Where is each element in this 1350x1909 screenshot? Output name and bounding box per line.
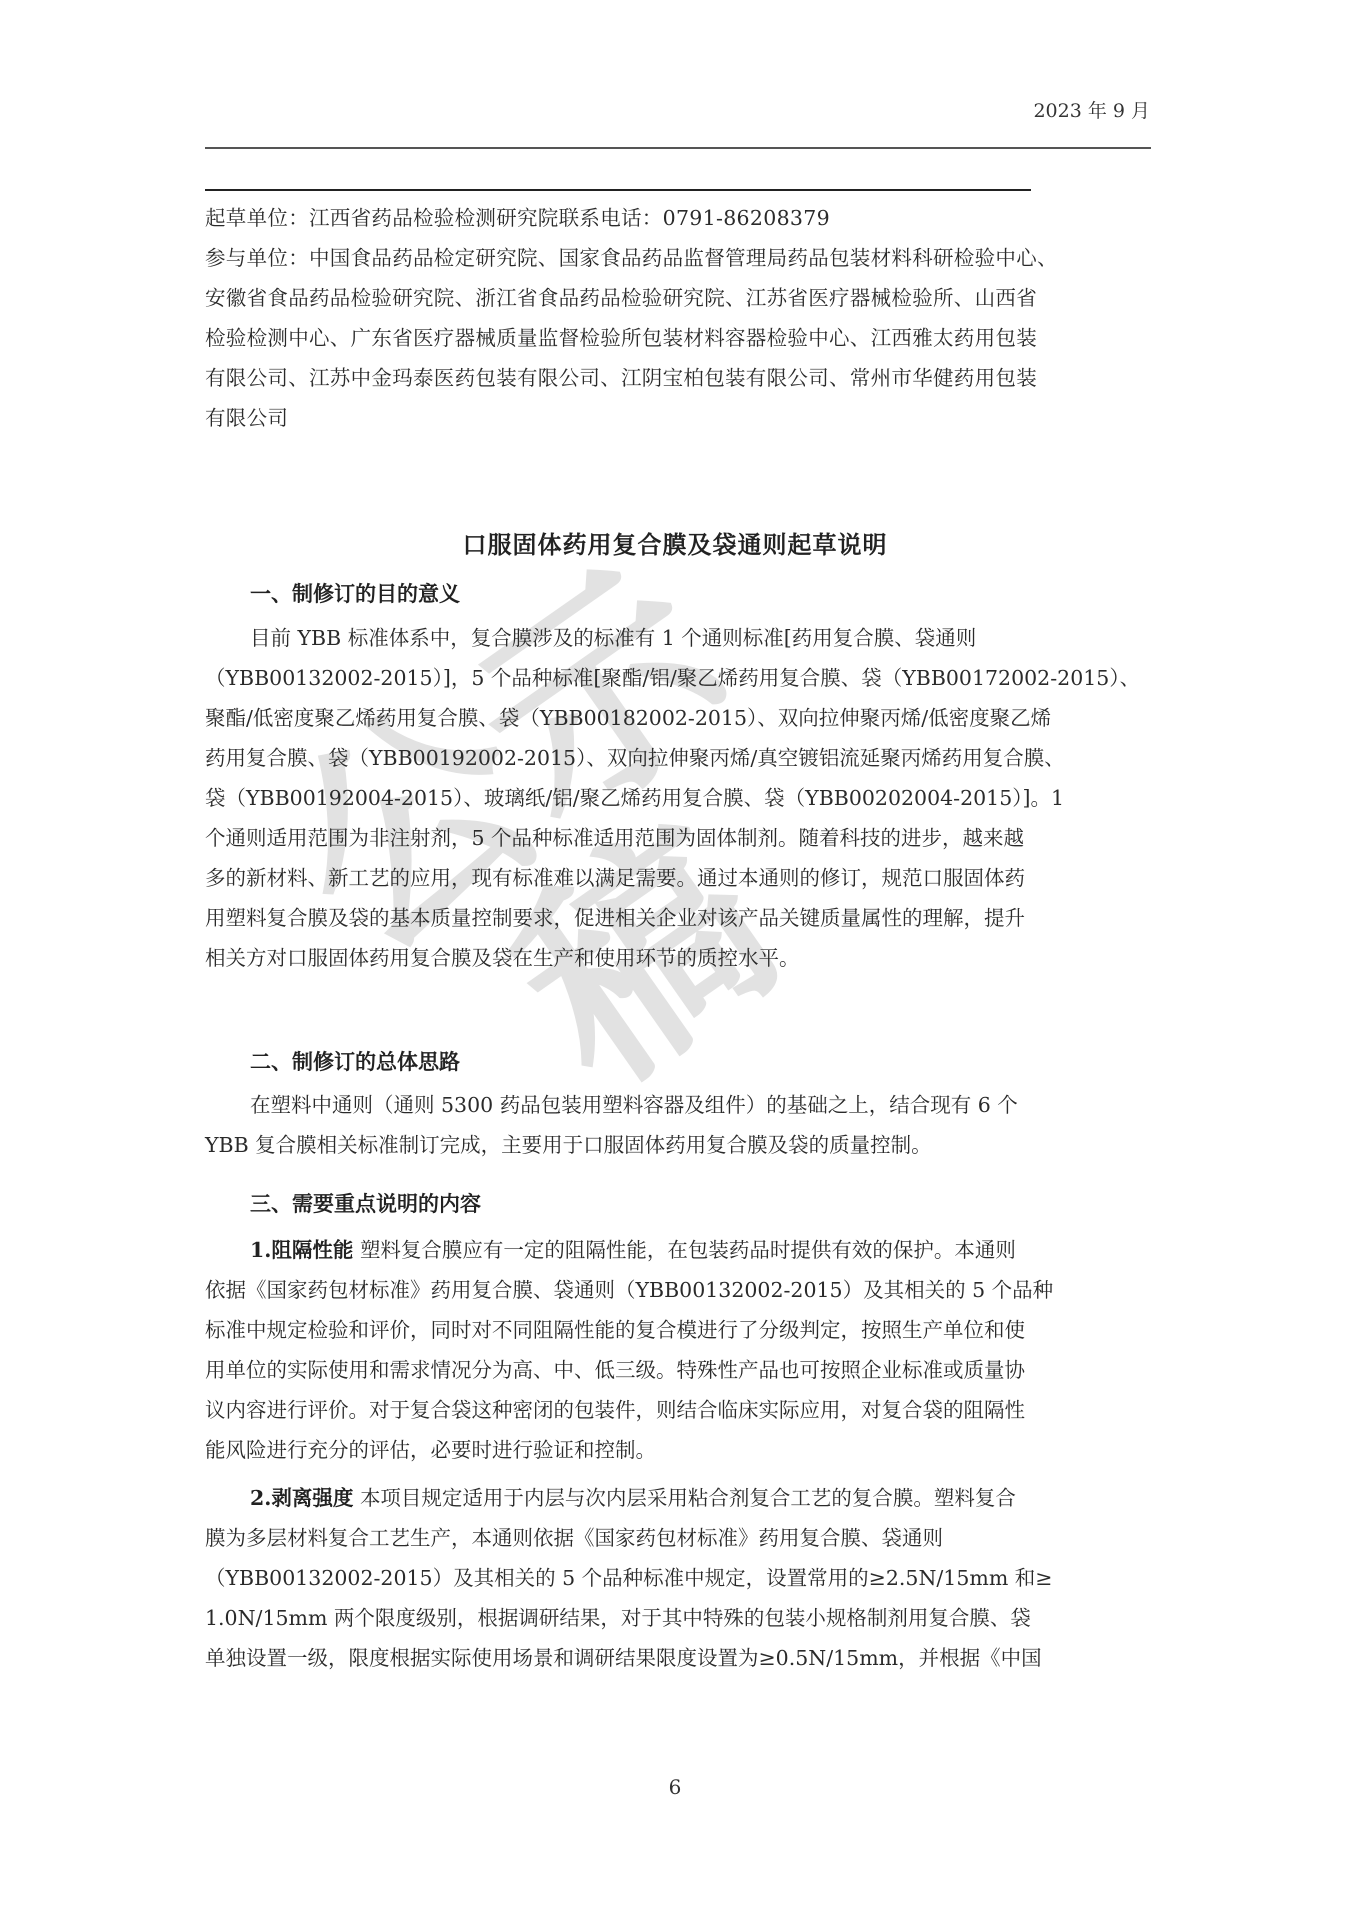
text-line: 能风险进行充分的评估，必要时进行验证和控制。 [205,1430,1155,1470]
text-line: 依据《国家药包材标准》药用复合膜、袋通则（YBB00132002-2015）及其… [205,1270,1155,1310]
text-line: YBB 复合膜相关标准制订完成，主要用于口服固体药用复合膜及袋的质量控制。 [205,1125,1155,1165]
drafting-unit: 起草单位：江西省药品检验检测研究院联系电话：0791-86208379 [205,198,1155,238]
header-rule [205,147,1151,149]
participants-line: 参与单位：中国食品药品检定研究院、国家食品药品监督管理局药品包装材料科研检验中心… [205,238,1155,278]
text-line: 标准中规定检验和评价，同时对不同阻隔性能的复合模进行了分级判定，按照生产单位和使 [205,1310,1155,1350]
text-line: 用单位的实际使用和需求情况分为高、中、低三级。特殊性产品也可按照企业标准或质量协 [205,1350,1155,1390]
text-line: 相关方对口服固体药用复合膜及袋在生产和使用环节的质控水平。 [205,938,1155,978]
document-page: 公示稿 2023 年 9 月 起草单位：江西省药品检验检测研究院联系电话：079… [0,0,1350,1909]
item-label: 1.阻隔性能 [250,1238,353,1262]
text-line: 单独设置一级，限度根据实际使用场景和调研结果限度设置为≥0.5N/15mm，并根… [205,1638,1155,1678]
text-line: 用塑料复合膜及袋的基本质量控制要求，促进相关企业对该产品关键质量属性的理解，提升 [205,898,1155,938]
text-line: 多的新材料、新工艺的应用，现有标准难以满足需要。通过本通则的修订，规范口服固体药 [205,858,1155,898]
section-3-item-2: 2.剥离强度 本项目规定适用于内层与次内层采用粘合剂复合工艺的复合膜。塑料复合 … [205,1478,1155,1678]
drafting-info: 起草单位：江西省药品检验检测研究院联系电话：0791-86208379 参与单位… [205,198,1155,438]
text-line: 议内容进行评价。对于复合袋这种密闭的包装件，则结合临床实际应用，对复合袋的阻隔性 [205,1390,1155,1430]
item-label: 2.剥离强度 [250,1486,353,1510]
text-line: 目前 YBB 标准体系中，复合膜涉及的标准有 1 个通则标准[药用复合膜、袋通则 [205,618,1155,658]
section-2-body: 在塑料中通则（通则 5300 药品包装用塑料容器及组件）的基础之上，结合现有 6… [205,1085,1155,1165]
text-line: 1.0N/15mm 两个限度级别，根据调研结果，对于其中特殊的包装小规格制剂用复… [205,1598,1155,1638]
document-date: 2023 年 9 月 [1033,96,1150,123]
participants-line: 安徽省食品药品检验研究院、浙江省食品药品检验研究院、江苏省医疗器械检验所、山西省 [205,278,1155,318]
text-line: 2.剥离强度 本项目规定适用于内层与次内层采用粘合剂复合工艺的复合膜。塑料复合 [205,1478,1155,1518]
header-rule-secondary [205,189,1031,191]
text-line: 个通则适用范围为非注射剂，5 个品种标准适用范围为固体制剂。随着科技的进步，越来… [205,818,1155,858]
text-line: （YBB00132002-2015）]，5 个品种标准[聚酯/铝/聚乙烯药用复合… [205,658,1155,698]
text-line: 在塑料中通则（通则 5300 药品包装用塑料容器及组件）的基础之上，结合现有 6… [205,1085,1155,1125]
participants-line: 有限公司、江苏中金玛泰医药包装有限公司、江阴宝柏包装有限公司、常州市华健药用包装 [205,358,1155,398]
text-line: 药用复合膜、袋（YBB00192002-2015）、双向拉伸聚丙烯/真空镀铝流延… [205,738,1155,778]
text-line: 聚酯/低密度聚乙烯药用复合膜、袋（YBB00182002-2015）、双向拉伸聚… [205,698,1155,738]
text-line: 1.阻隔性能 塑料复合膜应有一定的阻隔性能，在包装药品时提供有效的保护。本通则 [205,1230,1155,1270]
item-text: 塑料复合膜应有一定的阻隔性能，在包装药品时提供有效的保护。本通则 [360,1238,1016,1262]
participants-line: 检验检测中心、广东省医疗器械质量监督检验所包装材料容器检验中心、江西雅太药用包装 [205,318,1155,358]
document-title: 口服固体药用复合膜及袋通则起草说明 [0,525,1350,560]
text-line: （YBB00132002-2015）及其相关的 5 个品种标准中规定，设置常用的… [205,1558,1155,1598]
section-heading-3: 三、需要重点说明的内容 [250,1188,481,1218]
participants-line: 有限公司 [205,398,1155,438]
text-line: 膜为多层材料复合工艺生产，本通则依据《国家药包材标准》药用复合膜、袋通则 [205,1518,1155,1558]
section-3-item-1: 1.阻隔性能 塑料复合膜应有一定的阻隔性能，在包装药品时提供有效的保护。本通则 … [205,1230,1155,1470]
text-line: 袋（YBB00192004-2015）、玻璃纸/铝/聚乙烯药用复合膜、袋（YBB… [205,778,1155,818]
item-text: 本项目规定适用于内层与次内层采用粘合剂复合工艺的复合膜。塑料复合 [360,1486,1016,1510]
section-heading-1: 一、制修订的目的意义 [250,578,460,608]
page-number: 6 [0,1775,1350,1799]
section-heading-2: 二、制修订的总体思路 [250,1046,460,1076]
section-1-body: 目前 YBB 标准体系中，复合膜涉及的标准有 1 个通则标准[药用复合膜、袋通则… [205,618,1155,978]
